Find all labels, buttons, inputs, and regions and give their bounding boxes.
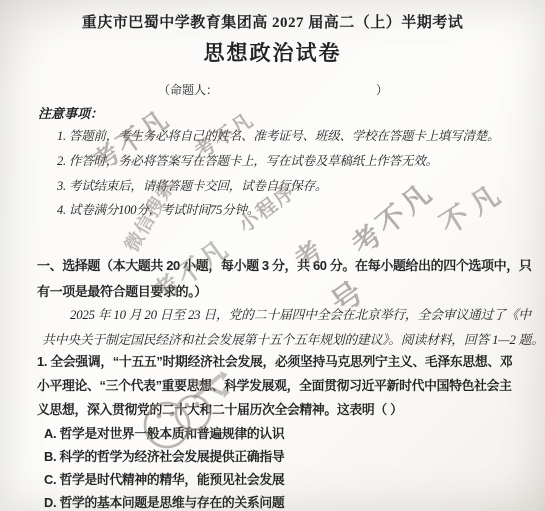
proposer-close-paren: ） [376,83,388,97]
exam-title: 重庆市巴蜀中学教育集团高 2027 届高二（上）半期考试 [0,11,545,32]
question-1-stem-line-2: 小平理论、“三个代表”重要思想、科学发展观，全面贯彻习近平新时代中国特色社会主 [37,375,512,394]
section-heading-line-1: 一、选择题（本大题共 20 小题，每小题 3 分，共 60 分。在每小题给出的四… [37,255,531,274]
watermark-text-kaobufan: 考不凡 [342,171,441,263]
proposer-label: （命题人： [158,83,218,97]
question-1-option-a: A. 哲学是对世界一般本质和普遍规律的认识 [44,423,284,442]
paper-subject-title: 思想政治试卷 [0,37,545,67]
question-1-stem-line-1: 1. 全会强调，“十五五”时期经济社会发展，必须坚持马克思列宁主义、毛泽东思想、… [37,351,512,370]
question-1-option-b: B. 科学的哲学为经济社会发展提供正确指导 [44,446,284,465]
question-1-option-d: D. 哲学的基本问题是思维与存在的关系问题 [44,492,284,511]
scanned-exam-paper: { "colors": { "paper": "#fbfaf8", "ink":… [0,0,545,511]
question-1-option-c: C. 哲学是时代精神的精华，能预见社会发展 [44,469,284,488]
question-1-stem-line-3: 义思想，深入贯彻党的二十大和二十届历次全会精神。这表明（ ） [37,399,403,418]
notice-item-4: 4. 试卷满分100分，考试时间75分钟。 [57,200,259,218]
watermark-text-bufan: 不凡 [431,170,513,243]
notice-item-3: 3. 考试结束后，请将答题卡交回，试卷自行保存。 [57,176,327,194]
notice-item-1: 1. 答题前，考生务必将自己的姓名、准考证号、班级、学校在答题卡上填写清楚。 [57,126,499,144]
material-paragraph-line-2: 共中央关于制定国民经济和社会发展第十五个五年规划的建议》。阅读材料，回答 1—2… [42,329,544,348]
section-heading-line-2: 有一项是最符合题目要求的。） [37,281,207,300]
material-paragraph-line-1: 2025 年 10 月 20 日至 23 日，党的二十届四中全会在北京举行，全会… [70,304,531,323]
proposer-line: （命题人：） [158,81,388,98]
notice-heading: 注意事项： [38,103,103,122]
notice-item-2: 2. 作答时，务必将答案写在答题卡上，写在试卷及草稿纸上作答无效。 [57,151,438,169]
